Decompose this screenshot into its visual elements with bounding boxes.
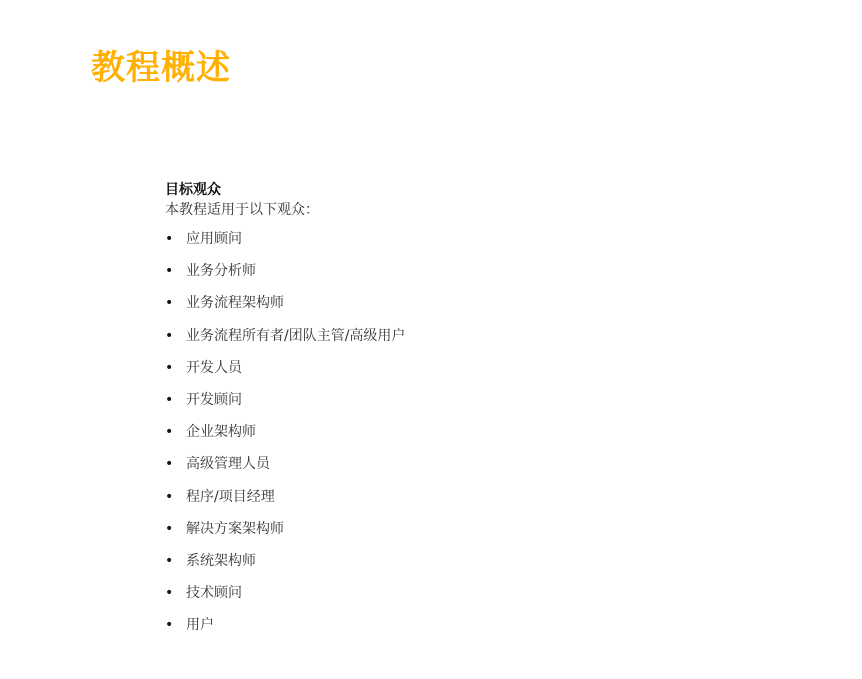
list-item: • 程序/项目经理: [165, 488, 319, 520]
list-item-label: 业务分析师: [186, 262, 256, 280]
list-item-label: 高级管理人员: [186, 455, 270, 473]
list-item-label: 开发顾问: [186, 391, 242, 409]
list-item-label: 业务流程架构师: [186, 294, 284, 312]
list-item: • 企业架构师: [165, 423, 319, 455]
list-item-label: 程序/项目经理: [186, 488, 275, 506]
list-item: • 开发人员: [165, 359, 319, 391]
list-item: • 业务流程所有者/团队主管/高级用户: [165, 327, 319, 359]
section-intro: 本教程适用于以下观众：: [165, 201, 319, 219]
bullet-icon: •: [165, 520, 173, 538]
bullet-icon: •: [165, 584, 173, 602]
list-item: • 应用顾问: [165, 230, 319, 262]
list-item: • 技术顾问: [165, 584, 319, 616]
list-item: • 业务分析师: [165, 262, 319, 294]
list-item-label: 解决方案架构师: [186, 520, 284, 538]
page-title: 教程概述: [91, 46, 231, 90]
list-item: • 系统架构师: [165, 552, 319, 584]
list-item-label: 企业架构师: [186, 423, 256, 441]
list-item: • 解决方案架构师: [165, 520, 319, 552]
list-item: • 开发顾问: [165, 391, 319, 423]
bullet-icon: •: [165, 294, 173, 312]
list-item-label: 业务流程所有者/团队主管/高级用户: [186, 327, 405, 345]
bullet-icon: •: [165, 616, 173, 634]
list-item-label: 系统架构师: [186, 552, 256, 570]
bullet-icon: •: [165, 423, 173, 441]
list-item-label: 应用顾问: [186, 230, 242, 248]
bullet-icon: •: [165, 359, 173, 377]
bullet-icon: •: [165, 327, 173, 345]
bullet-icon: •: [165, 262, 173, 280]
bullet-icon: •: [165, 455, 173, 473]
bullet-icon: •: [165, 488, 173, 506]
target-audience-section: 目标观众 本教程适用于以下观众： • 应用顾问 • 业务分析师 • 业务流程架构…: [165, 181, 319, 648]
list-item-label: 开发人员: [186, 359, 242, 377]
list-item: • 用户: [165, 616, 319, 648]
audience-list: • 应用顾问 • 业务分析师 • 业务流程架构师 • 业务流程所有者/团队主管/…: [165, 230, 319, 648]
bullet-icon: •: [165, 230, 173, 248]
list-item-label: 技术顾问: [186, 584, 242, 602]
list-item-label: 用户: [186, 616, 214, 634]
bullet-icon: •: [165, 391, 173, 409]
list-item: • 业务流程架构师: [165, 294, 319, 326]
list-item: • 高级管理人员: [165, 455, 319, 487]
bullet-icon: •: [165, 552, 173, 570]
section-heading: 目标观众: [165, 181, 319, 199]
